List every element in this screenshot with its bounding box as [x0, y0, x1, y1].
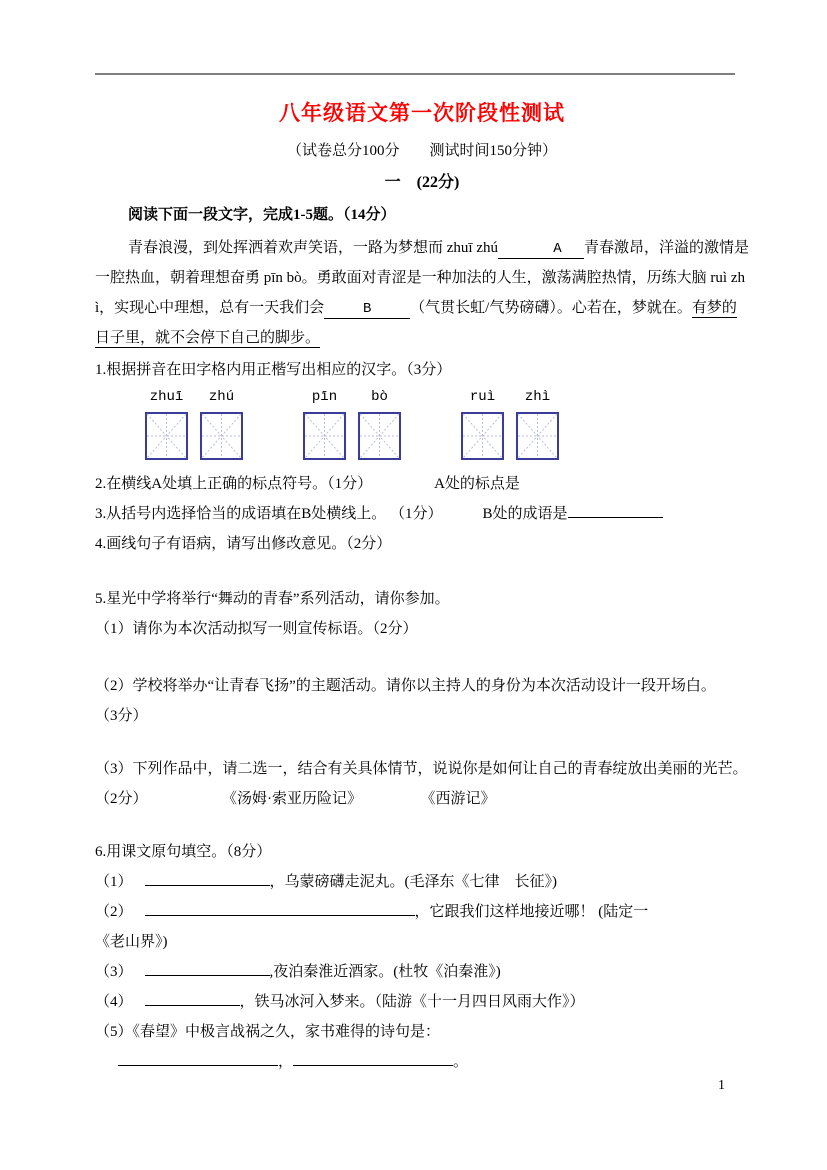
fill-blank	[145, 962, 270, 976]
tianzige-box	[200, 412, 243, 460]
tianzige-box	[461, 412, 504, 460]
pinyin-label: zhì	[525, 389, 550, 405]
question-5-sub2: （2）学校将举办“让青春飞扬”的主题活动。请你以主持人的身份为本次活动设计一段开…	[95, 671, 749, 701]
exam-paper-page: 八年级语文第一次阶段性测试 （试卷总分100分 测试时间150分钟） 一 (22…	[0, 0, 827, 1170]
question-5-sub3: （3）下列作品中，请二选一，结合有关具体情节，说说你是如何让自己的青春绽放出美丽…	[95, 754, 749, 784]
question-5: 5.星光中学将举行“舞动的青春”系列活动，请你参加。	[95, 584, 749, 614]
page-title: 八年级语文第一次阶段性测试	[95, 97, 749, 127]
tianzige-box	[145, 412, 188, 460]
passage-line-1: 青春浪漫，到处挥洒着欢声笑语，一路为梦想而 zhuī zhúA青春激昂，洋溢的激…	[95, 233, 749, 263]
tianzige-box	[303, 412, 346, 460]
fill-blank	[293, 1052, 453, 1066]
question-5-sub3-score: （2分）	[95, 791, 148, 807]
tianzige-box	[516, 412, 559, 460]
fill-blank	[118, 1052, 278, 1066]
question-6-item-2-continued: 《老山界》)	[95, 927, 749, 957]
reading-passage: 青春浪漫，到处挥洒着欢声笑语，一路为梦想而 zhuī zhúA青春激昂，洋溢的激…	[95, 233, 749, 353]
char-cell: ruì	[461, 389, 504, 460]
pinyin-label: ruì	[470, 389, 495, 405]
char-cell: zhì	[516, 389, 559, 460]
question-6-item-5: （5）《春望》中极言战祸之久，家书难得的诗句是：	[95, 1017, 749, 1047]
blank-a: A	[498, 240, 584, 259]
passage-line-2: 一腔热血，朝着理想奋勇 pīn bò。勇敢面对青涩是一种加法的人生，激荡满腔热情…	[95, 263, 749, 293]
page-number: 1	[718, 1078, 725, 1094]
pinyin-group-ruizhi: ruì zhì	[461, 389, 559, 460]
question-1-text: 1.根据拼音在田字格内用正楷写出相应的汉字。（3分）	[95, 355, 749, 385]
question-5-sub1: （1）请你为本次活动拟写一则宣传标语。（2分）	[95, 614, 749, 644]
question-6-item-1: （1），乌蒙磅礴走泥丸。(毛泽东《七律 长征》)	[95, 867, 749, 897]
pinyin-label: zhuī	[150, 389, 184, 405]
question-5-sub2-score: （3分）	[95, 701, 749, 731]
tianzige-box	[358, 412, 401, 460]
question-6: 6.用课文原句填空。（8分）	[95, 837, 749, 867]
pinyin-label: zhú	[209, 389, 234, 405]
char-cell: zhuī	[145, 389, 188, 460]
underlined-sentence-end: 日子里，就不会停下自己的脚步。	[95, 330, 320, 348]
question-3-blank	[568, 504, 663, 518]
char-cell: bò	[358, 389, 401, 460]
fill-blank	[145, 872, 270, 886]
pinyin-group-pinbo: pīn bò	[303, 389, 401, 460]
question-6-item-5-blanks: ，。	[118, 1047, 749, 1077]
book-option-1: 《汤姆·索亚历险记》	[230, 791, 363, 807]
section-heading: 一 (22分)	[95, 169, 749, 192]
question-5-sub3-options: （2分）《汤姆·索亚历险记》《西游记》	[95, 784, 749, 814]
blank-b: B	[324, 300, 410, 319]
pinyin-group-zhuizhu: zhuī zhú	[145, 389, 243, 460]
question-6-item-2: （2），它跟我们这样地接近哪！ (陆定一	[95, 897, 749, 927]
passage-line-3: ì，实现心中理想，总有一天我们会B（气贯长虹/气势磅礴）。心若在，梦就在。有梦的	[95, 293, 749, 323]
char-cell: zhú	[200, 389, 243, 460]
fill-blank	[145, 992, 240, 1006]
question-4: 4.画线句子有语病，请写出修改意见。（2分）	[95, 529, 749, 559]
reading-instruction: 阅读下面一段文字，完成1-5题。（14分）	[95, 200, 749, 230]
question-6-item-3: （3）,夜泊秦淮近酒家。(杜牧《泊秦淮》)	[95, 957, 749, 987]
pinyin-label: pīn	[312, 389, 337, 405]
fill-blank	[145, 902, 415, 916]
header-rule	[95, 73, 735, 75]
question-2: 2.在横线A处填上正确的标点符号。（1分）A处的标点是	[95, 469, 749, 499]
question-3: 3.从括号内选择恰当的成语填在B处横线上。 （1分）B处的成语是	[95, 499, 749, 529]
underlined-sentence-start: 有梦的	[692, 300, 737, 318]
passage-line-4: 日子里，就不会停下自己的脚步。	[95, 323, 749, 353]
question-3-answer-label: B处的成语是	[483, 506, 568, 522]
question-1: 1.根据拼音在田字格内用正楷写出相应的汉字。（3分） zhuī zhú	[95, 355, 749, 460]
pinyin-grid-groups: zhuī zhú	[145, 389, 749, 460]
char-cell: pīn	[303, 389, 346, 460]
exam-subtitle: （试卷总分100分 测试时间150分钟）	[95, 139, 749, 160]
book-option-2: 《西游记》	[428, 791, 496, 807]
question-2-answer-label: A处的标点是	[434, 476, 520, 492]
pinyin-label: bò	[371, 389, 388, 405]
question-6-item-4: （4），铁马冰河入梦来。（陆游《十一月四日风雨大作》）	[95, 987, 749, 1017]
